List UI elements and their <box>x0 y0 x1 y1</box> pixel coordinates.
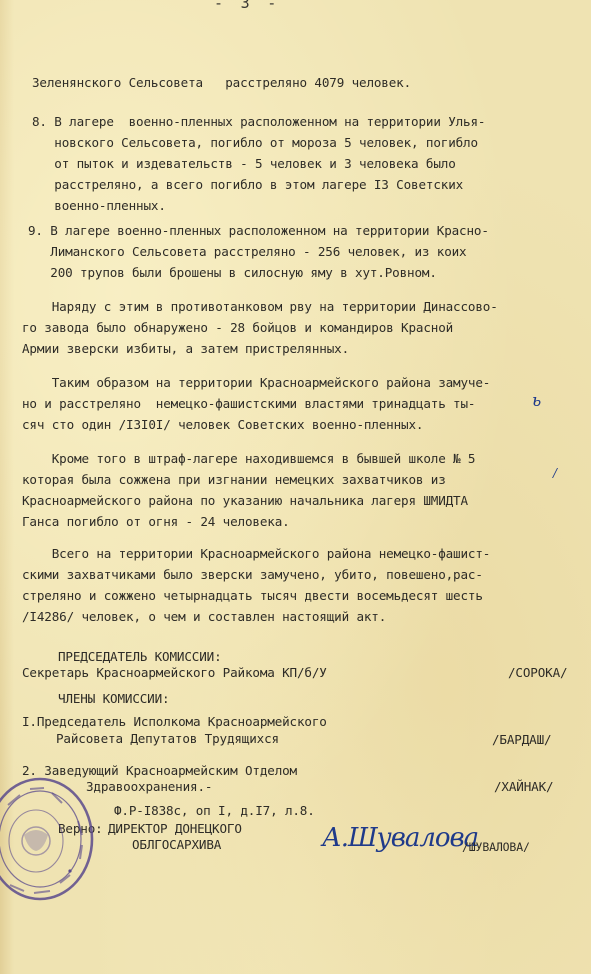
page-number: - 3 - <box>214 0 276 12</box>
handwritten-mark: / <box>553 466 557 480</box>
member1-title-line2: Райсовета Депутатов Трудящихся <box>56 730 279 748</box>
archive-reference: Ф.Р-I838с, оп I, д.I7, л.8. <box>114 802 315 820</box>
member2-title-line2: Здравоохранения.- <box>86 778 212 796</box>
text-line: сяч сто один /I3I0I/ человек Советских в… <box>22 416 423 434</box>
document-page: - 3 - Зеленянского Сельсовета расстрелян… <box>0 0 591 974</box>
text-line: Наряду с этим в противотанковом рву на т… <box>22 298 498 316</box>
text-line: но и расстреляно немецко-фашистскими вла… <box>22 395 475 413</box>
member1-title-line1: I.Председатель Исполкома Красноармейског… <box>22 713 327 731</box>
text-line: военно-пленных. <box>32 197 166 215</box>
certification-title-line2: ОБЛГОСАРХИВА <box>132 836 221 854</box>
text-line: Армии зверски избиты, а затем пристрелян… <box>22 340 349 358</box>
text-line: /I4286/ человек, о чем и составлен насто… <box>22 608 386 626</box>
text-line: 200 трупов были брошены в силосную яму в… <box>28 264 437 282</box>
handwritten-correction: ь <box>532 391 541 411</box>
text-line: от пыток и издевательств - 5 человек и 3… <box>32 155 456 173</box>
text-line: го завода было обнаружено - 28 бойцов и … <box>22 319 453 337</box>
text-line: Всего на территории Красноармейского рай… <box>22 545 490 563</box>
text-line: которая была сожжена при изгнании немецк… <box>22 471 446 489</box>
text-line: Зеленянского Сельсовета расстреляно 4079… <box>32 74 411 92</box>
certification-name: /ШУВАЛОВА/ <box>462 838 530 856</box>
text-line: скими захватчиками было зверски замучено… <box>22 566 483 584</box>
text-line: 9. В лагере военно-пленных расположенном… <box>28 222 489 240</box>
text-line: Красноармейского района по указанию нача… <box>22 492 468 510</box>
text-line: Ганса погибло от огня - 24 человека. <box>22 513 290 531</box>
member1-name: /БАРДАШ/ <box>492 731 551 749</box>
members-heading: ЧЛЕНЫ КОМИССИИ: <box>58 690 169 708</box>
text-line: Таким образом на территории Красноармейс… <box>22 374 490 392</box>
text-line: новского Сельсовета, погибло от мороза 5… <box>32 134 478 152</box>
chairman-title: Секретарь Красноармейского Райкома КП/б/… <box>22 664 327 682</box>
text-line: Лиманского Сельсовета расстреляно - 256 … <box>28 243 467 261</box>
text-line: расстреляно, а всего погибло в этом лаге… <box>32 176 463 194</box>
text-line: стреляно и сожжено четырнадцать тысяч дв… <box>22 587 483 605</box>
archive-stamp-icon <box>0 775 100 903</box>
member2-name: /ХАЙНАК/ <box>494 778 553 796</box>
chairman-name: /СОРОКА/ <box>508 664 567 682</box>
handwritten-signature: А.Шувалова <box>322 818 462 862</box>
text-line: Кроме того в штраф-лагере находившемся в… <box>22 450 475 468</box>
text-line: 8. В лагере военно-пленных расположенном… <box>32 113 485 131</box>
